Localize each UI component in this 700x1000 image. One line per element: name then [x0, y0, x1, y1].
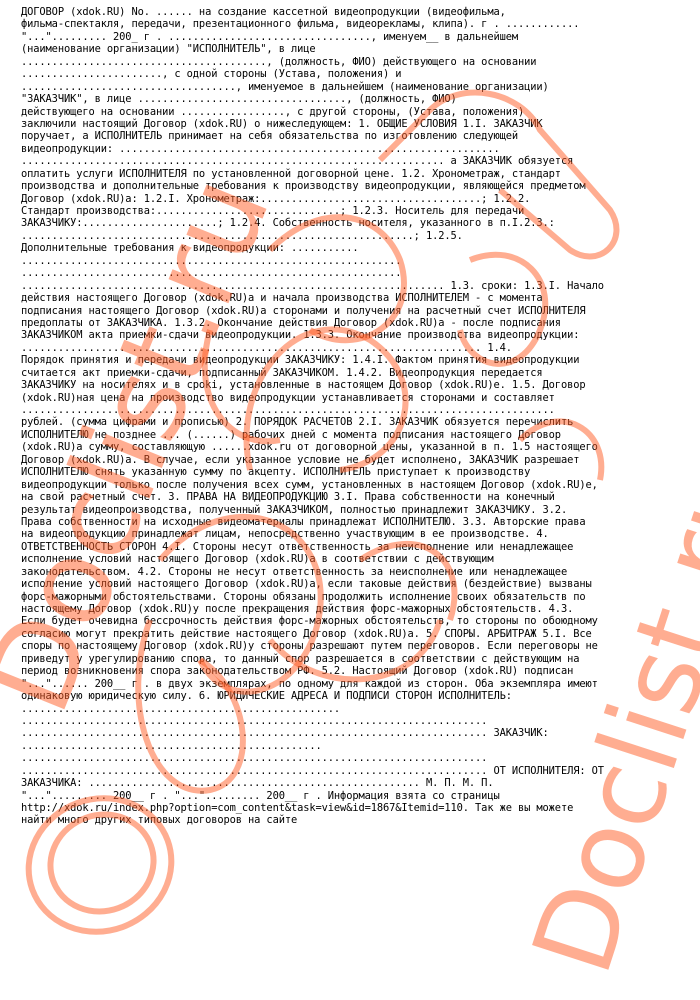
document-line: форс-мажорными обстоятельствами. Стороны… — [21, 591, 691, 603]
document-line: ........................................… — [21, 56, 691, 68]
document-line: ........................................… — [21, 727, 691, 739]
document-line: считается акт приемки-сдачи, подписанный… — [21, 367, 691, 379]
document-line: ........................................… — [21, 267, 691, 279]
document-line: рублей. (сумма цифрами и прописью) 2. ПО… — [21, 416, 691, 428]
document-line: "..."...... 200__ г . в двух экземплярах… — [21, 678, 691, 690]
document-line: на видеопродукцию принадлежат лицам, неп… — [21, 528, 691, 540]
document-line: действующего на основании ..............… — [21, 106, 691, 118]
document-line: ЗАКАЗЧИКУ:......................; 1.2.4.… — [21, 217, 691, 229]
document-line: результат видеопроизводства, полученный … — [21, 504, 691, 516]
document-page: ДОГОВОР (xdok.RU) No. ...... на создание… — [0, 0, 700, 1000]
document-line: настоящему Договор (xdok.RU)у после прек… — [21, 603, 691, 615]
document-line: ДОГОВОР (xdok.RU) No. ...... на создание… — [21, 6, 691, 18]
document-line: оплатить услуги ИСПОЛНИТЕЛЯ по установле… — [21, 168, 691, 180]
document-line: Права собственности на исходные видеомат… — [21, 516, 691, 528]
document-line: Договор (xdok.RU)а: 1.2.I. Хронометраж:.… — [21, 193, 691, 205]
document-line: ........................................… — [21, 404, 691, 416]
document-line: одинаковую юридическую силу. 6. ЮРИДИЧЕС… — [21, 690, 691, 702]
document-line: http://xdok.ru/index.php?option=com_cont… — [21, 802, 691, 814]
document-line: ........................................… — [21, 703, 691, 715]
document-line: подписания настоящего Договор (xdok.RU)а… — [21, 305, 691, 317]
document-line: ........................................… — [21, 255, 691, 267]
document-line: законодательством. 4.2. Стороны не несут… — [21, 566, 691, 578]
document-line: Если будет очевидна бессрочность действи… — [21, 615, 691, 627]
document-line: исполнение условий настоящего Договор (x… — [21, 553, 691, 565]
document-line: ........................................… — [21, 740, 691, 752]
document-line: ЗАКАЗЧИКА: .............................… — [21, 777, 691, 789]
document-line: "..."......... 200_ г . ................… — [21, 31, 691, 43]
document-line: поручает, а ИСПОЛНИТЕЛЬ принимает на себ… — [21, 130, 691, 142]
document-line: Договор (xdok.RU)а. В случае, если указа… — [21, 454, 691, 466]
document-line: действия настоящего Договор (xdok.RU)а и… — [21, 292, 691, 304]
document-line: предоплаты от ЗАКАЗЧИКА. 1.3.2. Окончани… — [21, 317, 691, 329]
document-line: на свой расчетный счет. 3. ПРАВА НА ВИДЕ… — [21, 491, 691, 503]
document-line: найти много других типовых договоров на … — [21, 814, 691, 826]
document-line: Стандарт производства:..................… — [21, 205, 691, 217]
document-line: ЗАКАЗЧИКОМ акта приемки-сдачи видеопроду… — [21, 329, 691, 341]
document-line: ........................................… — [21, 765, 691, 777]
document-line: производства и дополнительные требования… — [21, 180, 691, 192]
document-line: согласию могут прекратить действие насто… — [21, 628, 691, 640]
document-line: ИСПОЛНИТЕЛЮ не позднее ... (......) рабо… — [21, 429, 691, 441]
document-line: ИСПОЛНИТЕЛЮ снять указанную сумму по акц… — [21, 466, 691, 478]
document-line: Дополнительные требования к видеопродукц… — [21, 242, 691, 254]
document-line: ОТВЕТСТВЕННОСТЬ СТОРОН 4.I. Стороны несу… — [21, 541, 691, 553]
document-line: видеопродукции только после получения вс… — [21, 479, 691, 491]
contract-text: ДОГОВОР (xdok.RU) No. ...... на создание… — [21, 6, 691, 827]
document-line: ........................................… — [21, 715, 691, 727]
document-line: период возникновения спора законодательс… — [21, 665, 691, 677]
document-line: ........................................… — [21, 752, 691, 764]
document-line: ................. ......................… — [21, 342, 691, 354]
document-line: приведут у урегулированию спора, то данн… — [21, 653, 691, 665]
document-line: ........................................… — [21, 155, 691, 167]
document-line: ..................................., име… — [21, 81, 691, 93]
document-line: (xdok.RU)а сумму, составляющую ......xdo… — [21, 441, 691, 453]
document-line: (наименование организации) "ИСПОЛНИТЕЛЬ"… — [21, 43, 691, 55]
document-line: ........................................… — [21, 280, 691, 292]
document-line: ......................., с одной стороны… — [21, 68, 691, 80]
document-line: (xdok.RU)ная цена на производство видеоп… — [21, 392, 691, 404]
document-line: Порядок принятия и передачи видеопродукц… — [21, 354, 691, 366]
document-line: исполнение условий настоящего Договор (x… — [21, 578, 691, 590]
document-line: фильма-спектакля, передачи, презентацион… — [21, 18, 691, 30]
document-line: заключили настоящий Договор (xdok.RU) о … — [21, 118, 691, 130]
document-line: "ЗАКАЗЧИК", в лице .....................… — [21, 93, 691, 105]
document-line: видеопродукции: ........................… — [21, 143, 691, 155]
document-line: ........................................… — [21, 230, 691, 242]
document-line: "..."......... 200__ г . "..."......... … — [21, 790, 691, 802]
document-line: споры по настоящему Договор (xdok.RU)у с… — [21, 640, 691, 652]
document-line: ЗАКАЗЧИКУ на носителях и в сроki, устано… — [21, 379, 691, 391]
